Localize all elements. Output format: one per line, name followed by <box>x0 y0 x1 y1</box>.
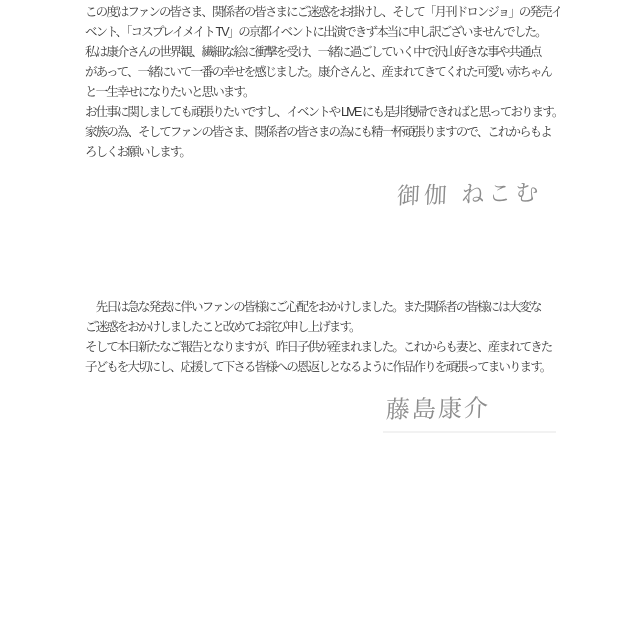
statement-text-line: 子どもを大切にし、応援して下さる皆様への恩返しとなるように作品作りを頑張ってまい… <box>85 357 551 377</box>
statement-text-line: 先日は急な発表に伴いファンの皆様にご心配をおかけしました。また関係者の皆様には大… <box>85 297 551 317</box>
statement-text-line: ろしくお願いします。 <box>85 142 562 162</box>
apology-statement-document: この度はファンの皆さま、関係者の皆さまにご迷惑をお掛けし、そして「月刊ドロンジョ… <box>0 0 640 640</box>
statement-nekomu: この度はファンの皆さま、関係者の皆さまにご迷惑をお掛けし、そして「月刊ドロンジョ… <box>85 2 562 162</box>
signature-fujishima-kosuke: 藤島康介 <box>385 388 490 425</box>
statement-text-line: と一生幸せになりたいと思います。 <box>85 82 562 102</box>
statement-text-line: そして本日新たなご報告となりますが、昨日子供が産まれました。これからも妻と、産ま… <box>85 337 551 357</box>
statement-fujishima: 先日は急な発表に伴いファンの皆様にご心配をおかけしました。また関係者の皆様には大… <box>85 297 551 377</box>
statement-text-line: があって、一緒にいて一番の幸せを感じました。康介さんと、産まれてきてくれた可愛い… <box>85 62 562 82</box>
statement-text-line: ベント、「コスプレイメイト TV」の京都イベントに出演できず本当に申し訳ございま… <box>85 22 562 42</box>
statement-text-line: この度はファンの皆さま、関係者の皆さまにご迷惑をお掛けし、そして「月刊ドロンジョ… <box>85 2 562 22</box>
signature-otogi-nekomu: 御伽 ねこむ <box>396 174 543 211</box>
statement-text-line: 家族の為、そしてファンの皆さま、関係者の皆さまの為にも精一杯頑張りますので、これ… <box>85 122 562 142</box>
statement-text-line: ご迷惑をおかけしましたこと改めてお詫び申し上げます。 <box>85 317 551 337</box>
statement-text-line: お仕事に関しましても頑張りたいですし、イベントや LIVE にも是非復帰できれば… <box>85 102 562 122</box>
statement-text-line: 私は康介さんの世界観、繊細な絵に衝撃を受け、一緒に過ごしていく中で沢山好きな事や… <box>85 42 562 62</box>
signature-scan-edge <box>383 431 556 433</box>
